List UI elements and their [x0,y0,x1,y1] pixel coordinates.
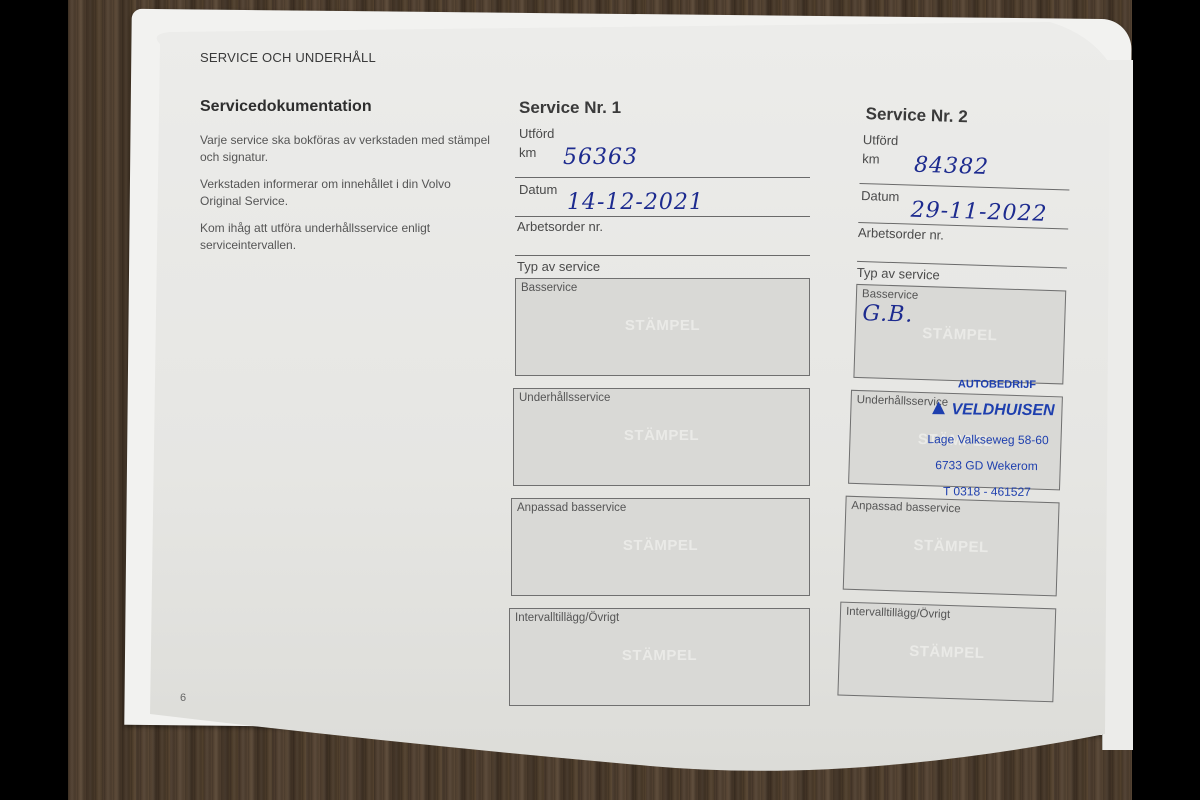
basservice-label: Basservice [862,288,919,302]
service-2-intervalltillagg-box[interactable]: Intervalltillägg/Övrigt STÄMPEL [837,602,1056,703]
stamp-placeholder: STÄMPEL [845,535,1057,559]
service-2-anpassad-basservice-box[interactable]: Anpassad basservice STÄMPEL [843,496,1060,597]
utford-label: Utförd [519,126,810,141]
datum-label: Datum [861,188,900,204]
service-2-date-value: 29-11-2022 [910,198,1048,227]
work-order-label: Arbetsorder nr. [517,219,603,234]
service-1-column: Service Nr. 1 Utförd km 56363 Datum 14-1… [515,98,810,718]
anpassad-basservice-label: Anpassad basservice [517,502,626,514]
service-1-underhallsservice-box[interactable]: Underhållsservice STÄMPEL [513,388,810,486]
service-2-work-order-field[interactable]: Arbetsorder nr. [857,223,1068,269]
stamp-company-type: AUTOBEDRIJF [958,378,1036,391]
stamp-city: 6733 GD Wekerom [935,458,1038,473]
service-1-km-value: 56363 [563,145,638,170]
datum-label: Datum [519,182,557,197]
basservice-label: Basservice [521,282,577,294]
stamp-placeholder: STÄMPEL [516,317,809,334]
stamp-company-name: VELDHUISEN [951,401,1054,419]
intro-paragraph-3: Kom ihåg att utföra underhållsservice en… [200,220,490,254]
stamp-logo: ▲VELDHUISEN [928,394,1055,421]
intervalltillagg-label: Intervalltillägg/Övrigt [846,606,951,621]
service-1-date-field[interactable]: Datum 14-12-2021 [515,178,810,217]
service-type-label: Typ av service [856,265,1066,287]
intro-paragraph-2: Verkstaden informerar om innehållet i di… [200,176,490,210]
service-2-km-value: 84382 [914,153,990,180]
veldhuisen-logo-icon: ▲ [928,394,950,419]
stamp-placeholder: STÄMPEL [510,647,809,664]
service-1-basservice-box[interactable]: Basservice STÄMPEL [515,278,810,376]
service-1-work-order-field[interactable]: Arbetsorder nr. [515,217,810,256]
service-2-basservice-box[interactable]: Basservice G.B. STÄMPEL [853,284,1066,385]
section-header: SERVICE OCH UNDERHÅLL [200,50,376,65]
service-type-label: Typ av service [517,259,810,274]
service-1-km-field[interactable]: km 56363 [515,143,810,178]
intervalltillagg-label: Intervalltillägg/Övrigt [515,612,619,624]
service-2-date-field[interactable]: Datum 29-11-2022 [858,184,1069,230]
stamp-placeholder: STÄMPEL [514,427,809,444]
km-label: km [519,145,536,160]
stamp-placeholder: STÄMPEL [856,323,1064,347]
service-1-title: Service Nr. 1 [519,98,810,118]
underhallsservice-label: Underhållsservice [519,392,610,404]
anpassad-basservice-label: Anpassad basservice [851,500,961,515]
stamp-placeholder: STÄMPEL [840,641,1054,665]
stamp-placeholder: STÄMPEL [512,537,809,554]
stamp-address: Lage Valkseweg 58-60 [927,432,1048,447]
stamp-phone: T 0318 - 461527 [943,484,1031,499]
service-1-date-value: 14-12-2021 [567,190,704,215]
page-number: 6 [180,692,186,704]
work-order-label: Arbetsorder nr. [858,225,944,243]
service-1-anpassad-basservice-box[interactable]: Anpassad basservice STÄMPEL [511,498,810,596]
service-1-intervalltillagg-box[interactable]: Intervalltillägg/Övrigt STÄMPEL [509,608,810,706]
km-label: km [862,151,880,167]
intro-paragraph-1: Varje service ska bokföras av verkstaden… [200,132,490,166]
page-title: Servicedokumentation [200,98,372,116]
